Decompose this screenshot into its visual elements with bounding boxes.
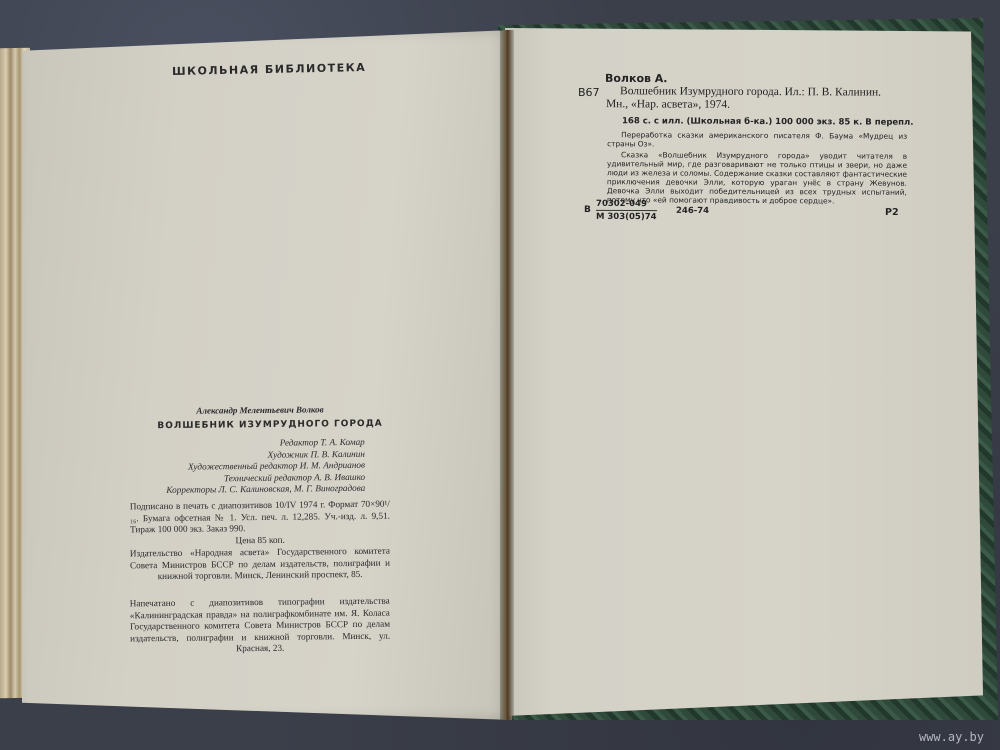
catalog-fraction: 70302-049 М 303(05)74 <box>596 199 657 222</box>
book-spine-gutter <box>500 30 514 720</box>
watermark: www.ay.by <box>919 730 984 744</box>
catalog-physical-description: 168 с. с илл. (Школьная б-ка.) 100 000 э… <box>622 116 914 128</box>
abstract-paragraph-2: Сказка «Волшебник Изумрудного города» ув… <box>607 150 907 206</box>
order-number: 246-74 <box>676 206 709 216</box>
catalog-author: Волков А. <box>605 72 668 85</box>
fraction-denominator: М 303(05)74 <box>596 211 657 222</box>
fraction-numerator: 70302-049 <box>596 199 657 211</box>
abstract-paragraph-1: Переработка сказки американского писател… <box>607 130 907 150</box>
catalog-abstract: Переработка сказки американского писател… <box>607 130 907 208</box>
bbk-index: Р2 <box>885 207 899 218</box>
description-line-2: Мн., «Нар. асвета», 1974. <box>606 98 910 113</box>
catalog-description: Волшебник Изумрудного города. Ил.: П. В.… <box>620 85 910 113</box>
printer-info: Напечатано с диапозитивов типографии изд… <box>130 596 391 656</box>
print-details: Подписано в печать с диапозитивов 10/IV … <box>130 499 390 536</box>
credits-block: Редактор Т. А. Комар Художник П. В. Кали… <box>130 437 366 497</box>
catalog-code: В67 <box>578 86 600 99</box>
class-letter: В <box>584 205 591 215</box>
publisher-info: Издательство «Народная асвета» Государст… <box>130 546 390 583</box>
credit-proofreaders: Корректоры Л. С. Калиновская, М. Г. Вино… <box>130 483 365 497</box>
print-info-block: Подписано в печать с диапозитивов 10/IV … <box>130 499 390 548</box>
